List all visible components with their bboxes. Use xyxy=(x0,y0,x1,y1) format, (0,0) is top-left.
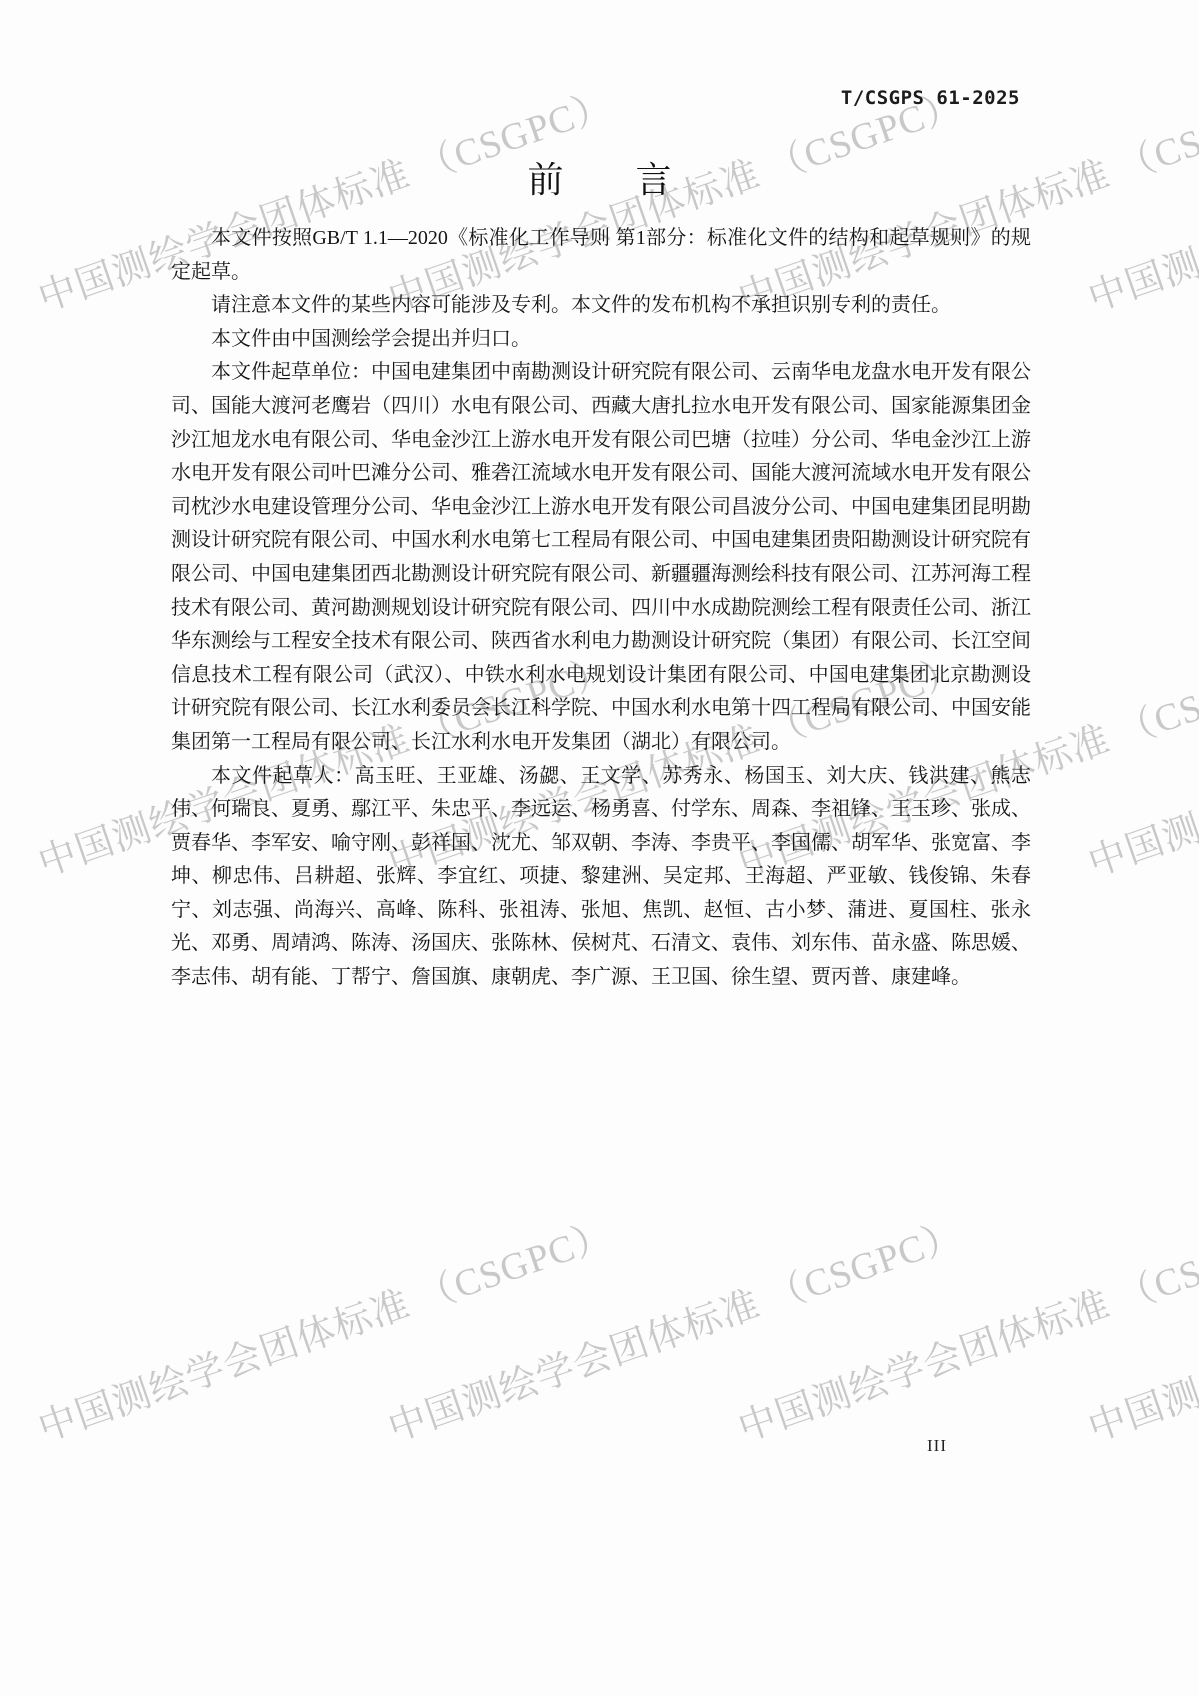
paragraph-drafters: 本文件起草人：高玉旺、王亚雄、汤勰、王文学、苏秀永、杨国玉、刘大庆、钱洪建、熊志… xyxy=(171,760,1031,995)
watermark-text: 中国测绘学会团体标准 （CSGPC） xyxy=(33,1214,617,1448)
foreword-body: 本文件按照GB/T 1.1—2020《标准化工作导则 第1部分：标准化文件的结构… xyxy=(171,222,1031,995)
foreword-title: 前言 xyxy=(0,152,1199,203)
paragraph-issuing-body: 本文件由中国测绘学会提出并归口。 xyxy=(171,323,1031,357)
paragraph-drafting-rules: 本文件按照GB/T 1.1—2020《标准化工作导则 第1部分：标准化文件的结构… xyxy=(171,222,1031,289)
paragraph-drafting-organizations: 本文件起草单位：中国电建集团中南勘测设计研究院有限公司、云南华电龙盘水电开发有限… xyxy=(171,356,1031,759)
watermark-text: 中国测绘学会团体标准 （CSGPC） xyxy=(383,1214,967,1448)
watermark-text: 中国测绘学会团体标准 （CSGPC） xyxy=(733,1214,1199,1448)
foreword-title-text: 前言 xyxy=(527,152,743,203)
standard-code: T/CSGPS 61-2025 xyxy=(841,87,1020,109)
paragraph-patent-notice: 请注意本文件的某些内容可能涉及专利。本文件的发布机构不承担识别专利的责任。 xyxy=(171,289,1031,323)
watermark-text: 中国测绘学会团体标准 （CSGPC） xyxy=(1083,1214,1199,1448)
watermark-text: 中国测绘学会团体标准 （CSGPC） xyxy=(1083,649,1199,883)
page-number: III xyxy=(927,1436,947,1456)
document-page: 中国测绘学会团体标准 （CSGPC）中国测绘学会团体标准 （CSGPC）中国测绘… xyxy=(0,0,1199,1696)
